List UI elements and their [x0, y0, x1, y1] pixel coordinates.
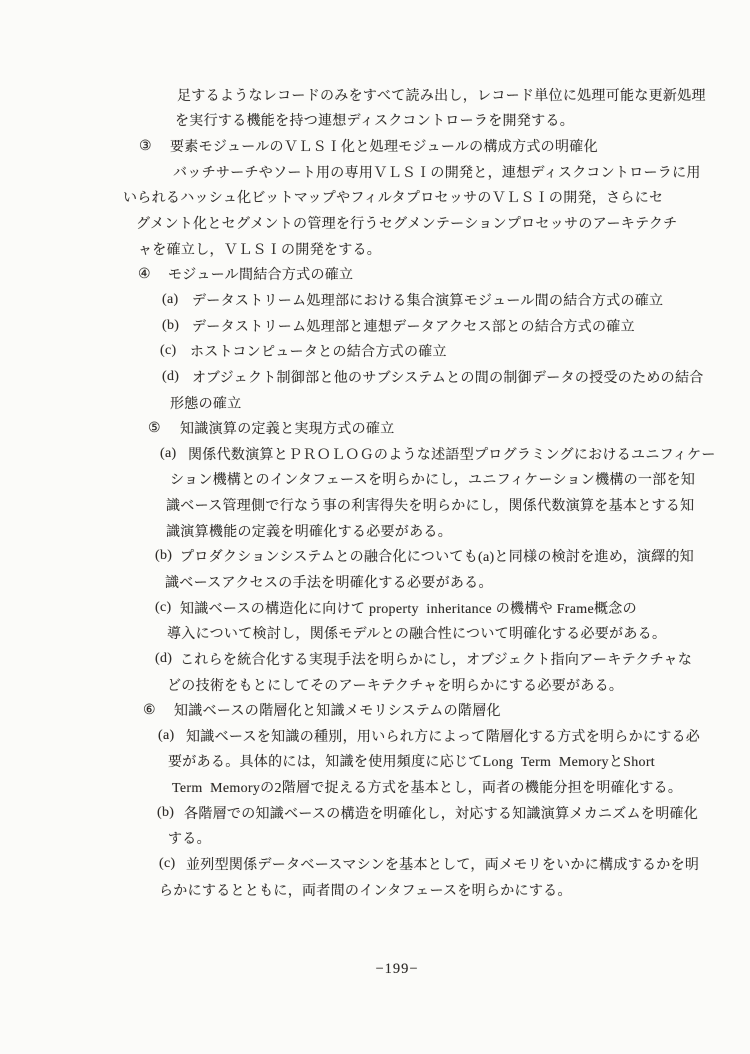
- line-text: 要がある。具体的には，知識を使用頻度に応じてLong Term MemoryとS…: [168, 751, 655, 771]
- line-text: 各階層での知識ベースの構造を明確化し，対応する知識演算メカニズムを明確化: [184, 803, 698, 823]
- item-line: (c)知識ベースの構造化に向けて property inheritance の機…: [0, 595, 750, 621]
- item-label: (c): [159, 856, 186, 872]
- item-line: (b)プロダクションシステムとの融合化についても(a)と同様の検討を進め，演繹的…: [0, 544, 750, 570]
- line-text: プロダクションシステムとの融合化についても(a)と同様の検討を進め，演繹的知: [180, 546, 694, 566]
- text-line: どの技術をもとにしてそのアーキテクチャを明らかにする必要がある。: [0, 672, 750, 698]
- line-text: 知識ベースを知識の種別，用いられ方によって階層化する方式を明らかにする必: [186, 726, 700, 746]
- text-line: ション機構とのインタフェースを明らかにし，ユニフィケーション機構の一部を知: [0, 467, 750, 493]
- item-line: (c)ホストコンピュータとの結合方式の確立: [0, 338, 750, 364]
- item-line: (b)各階層での知識ベースの構造を明確化し，対応する知識演算メカニズムを明確化: [0, 800, 750, 826]
- text-line: Term Memoryの2階層で捉える方式を基本とし，両者の機能分担を明確化する…: [0, 774, 750, 800]
- line-text: グメント化とセグメントの管理を行うセグメンテーションプロセッサのアーキテクチ: [136, 213, 677, 233]
- text-line: 要がある。具体的には，知識を使用頻度に応じてLong Term MemoryとS…: [0, 749, 750, 775]
- line-text: 識ベースアクセスの手法を明確化する必要がある。: [165, 572, 493, 592]
- item-label: (a): [162, 292, 192, 308]
- line-text: これらを統合化する実現手法を明らかにし，オブジェクト指向アーキテクチャな: [180, 649, 692, 669]
- item-label: (a): [158, 728, 186, 744]
- line-text: ホストコンピュータとの結合方式の確立: [190, 341, 447, 361]
- line-text: バッチサーチやソート用の専用ＶＬＳＩの開発と，連想ディスクコントローラに用: [173, 162, 701, 182]
- item-line: (a)関係代数演算とＰＲＯＬＯＧのような述語型プログラミングにおけるユニフィケー: [0, 441, 750, 467]
- line-text: Term Memoryの2階層で捉える方式を基本とし，両者の機能分担を明確化する…: [172, 777, 682, 797]
- line-text: 並列型関係データベースマシンを基本として，両メモリをいかに構成するかを明: [186, 854, 699, 874]
- line-text: 知識演算の定義と実現方式の確立: [180, 418, 395, 438]
- line-text: 要素モジュールのＶＬＳＩ化と処理モジュールの構成方式の明確化: [170, 136, 598, 156]
- line-text: 足するようなレコードのみをすべて読み出し，レコード単位に処理可能な更新処理: [177, 85, 706, 105]
- document-page: 足するようなレコードのみをすべて読み出し，レコード単位に処理可能な更新処理を実行…: [0, 0, 750, 1054]
- text-line: グメント化とセグメントの管理を行うセグメンテーションプロセッサのアーキテクチ: [0, 210, 750, 236]
- text-line: 識演算機能の定義を明確化する必要がある。: [0, 518, 750, 544]
- line-text: データストリーム処理部における集合演算モジュール間の結合方式の確立: [192, 290, 663, 310]
- line-text: ション機構とのインタフェースを明らかにし，ユニフィケーション機構の一部を知: [170, 469, 695, 489]
- text-line: バッチサーチやソート用の専用ＶＬＳＩの開発と，連想ディスクコントローラに用: [0, 159, 750, 185]
- section-number: ⑤: [148, 420, 180, 437]
- text-line: いられるハッシュ化ビットマップやフィルタプロセッサのＶＬＳＩの開発，さらにセ: [0, 185, 750, 211]
- line-text: 導入について検討し，関係モデルとの融合性について明確化する必要がある。: [167, 623, 666, 643]
- text-line: を実行する機能を持つ連想ディスクコントローラを開発する。: [0, 108, 750, 134]
- item-line: (b)データストリーム処理部と連想データアクセス部との結合方式の確立: [0, 313, 750, 339]
- section-line: ⑤知識演算の定義と実現方式の確立: [0, 415, 750, 441]
- section-line: ④モジュール間結合方式の確立: [0, 261, 750, 287]
- item-line: (a)データストリーム処理部における集合演算モジュール間の結合方式の確立: [0, 287, 750, 313]
- line-text: 知識ベースの構造化に向けて property inheritance の機構や …: [180, 598, 637, 618]
- line-text: を実行する機能を持つ連想ディスクコントローラを開発する。: [175, 110, 574, 130]
- section-line: ③要素モジュールのＶＬＳＩ化と処理モジュールの構成方式の明確化: [0, 133, 750, 159]
- line-text: データストリーム処理部と連想データアクセス部との結合方式の確立: [192, 316, 635, 336]
- line-text: 知識ベースの階層化と知識メモリシステムの階層化: [174, 700, 501, 720]
- section-number: ③: [139, 138, 170, 155]
- text-line: 識ベース管理側で行なう事の利害得失を明らかにし，関係代数演算を基本とする知: [0, 492, 750, 518]
- item-label: (b): [157, 805, 184, 821]
- line-text: 識演算機能の定義を明確化する必要がある。: [166, 521, 452, 541]
- item-label: (a): [160, 446, 188, 462]
- text-line: 識ベースアクセスの手法を明確化する必要がある。: [0, 569, 750, 595]
- text-line: 足するようなレコードのみをすべて読み出し，レコード単位に処理可能な更新処理: [0, 82, 750, 108]
- page-number: −199−: [22, 961, 750, 978]
- text-line: 形態の確立: [0, 390, 750, 416]
- line-text: する。: [168, 828, 211, 848]
- line-text: オブジェクト制御部と他のサブシステムとの間の制御データの授受のための結合: [192, 367, 704, 387]
- section-number: ⑥: [143, 702, 174, 719]
- item-label: (d): [162, 369, 192, 385]
- line-text: 関係代数演算とＰＲＯＬＯＧのような述語型プログラミングにおけるユニフィケー: [188, 444, 716, 464]
- item-label: (c): [155, 600, 180, 616]
- section-line: ⑥知識ベースの階層化と知識メモリシステムの階層化: [0, 697, 750, 723]
- item-line: (c)並列型関係データベースマシンを基本として，両メモリをいかに構成するかを明: [0, 851, 750, 877]
- item-label: (b): [155, 548, 180, 564]
- text-line: らかにするとともに，両者間のインタフェースを明らかにする。: [0, 877, 750, 903]
- line-text: モジュール間結合方式の確立: [168, 264, 353, 284]
- text-line: する。: [0, 826, 750, 852]
- item-line: (d)オブジェクト制御部と他のサブシステムとの間の制御データの授受のための結合: [0, 364, 750, 390]
- item-label: (c): [160, 343, 190, 359]
- line-text: どの技術をもとにしてそのアーキテクチャを明らかにする必要がある。: [167, 675, 623, 695]
- line-text: 識ベース管理側で行なう事の利害得失を明らかにし，関係代数演算を基本とする知: [166, 495, 694, 515]
- line-text: いられるハッシュ化ビットマップやフィルタプロセッサのＶＬＳＩの開発，さらにセ: [123, 187, 663, 207]
- item-line: (d)これらを統合化する実現手法を明らかにし，オブジェクト指向アーキテクチャな: [0, 646, 750, 672]
- item-label: (b): [162, 318, 192, 334]
- document-lines: 足するようなレコードのみをすべて読み出し，レコード単位に処理可能な更新処理を実行…: [0, 82, 750, 903]
- line-text: らかにするとともに，両者間のインタフェースを明らかにする。: [159, 880, 572, 900]
- item-label: (d): [155, 651, 180, 667]
- line-text: ャを確立し，ＶＬＳＩの開発をする。: [138, 239, 381, 259]
- item-line: (a)知識ベースを知識の種別，用いられ方によって階層化する方式を明らかにする必: [0, 723, 750, 749]
- text-line: ャを確立し，ＶＬＳＩの開発をする。: [0, 236, 750, 262]
- text-line: 導入について検討し，関係モデルとの融合性について明確化する必要がある。: [0, 620, 750, 646]
- section-number: ④: [138, 266, 168, 283]
- line-text: 形態の確立: [170, 393, 242, 413]
